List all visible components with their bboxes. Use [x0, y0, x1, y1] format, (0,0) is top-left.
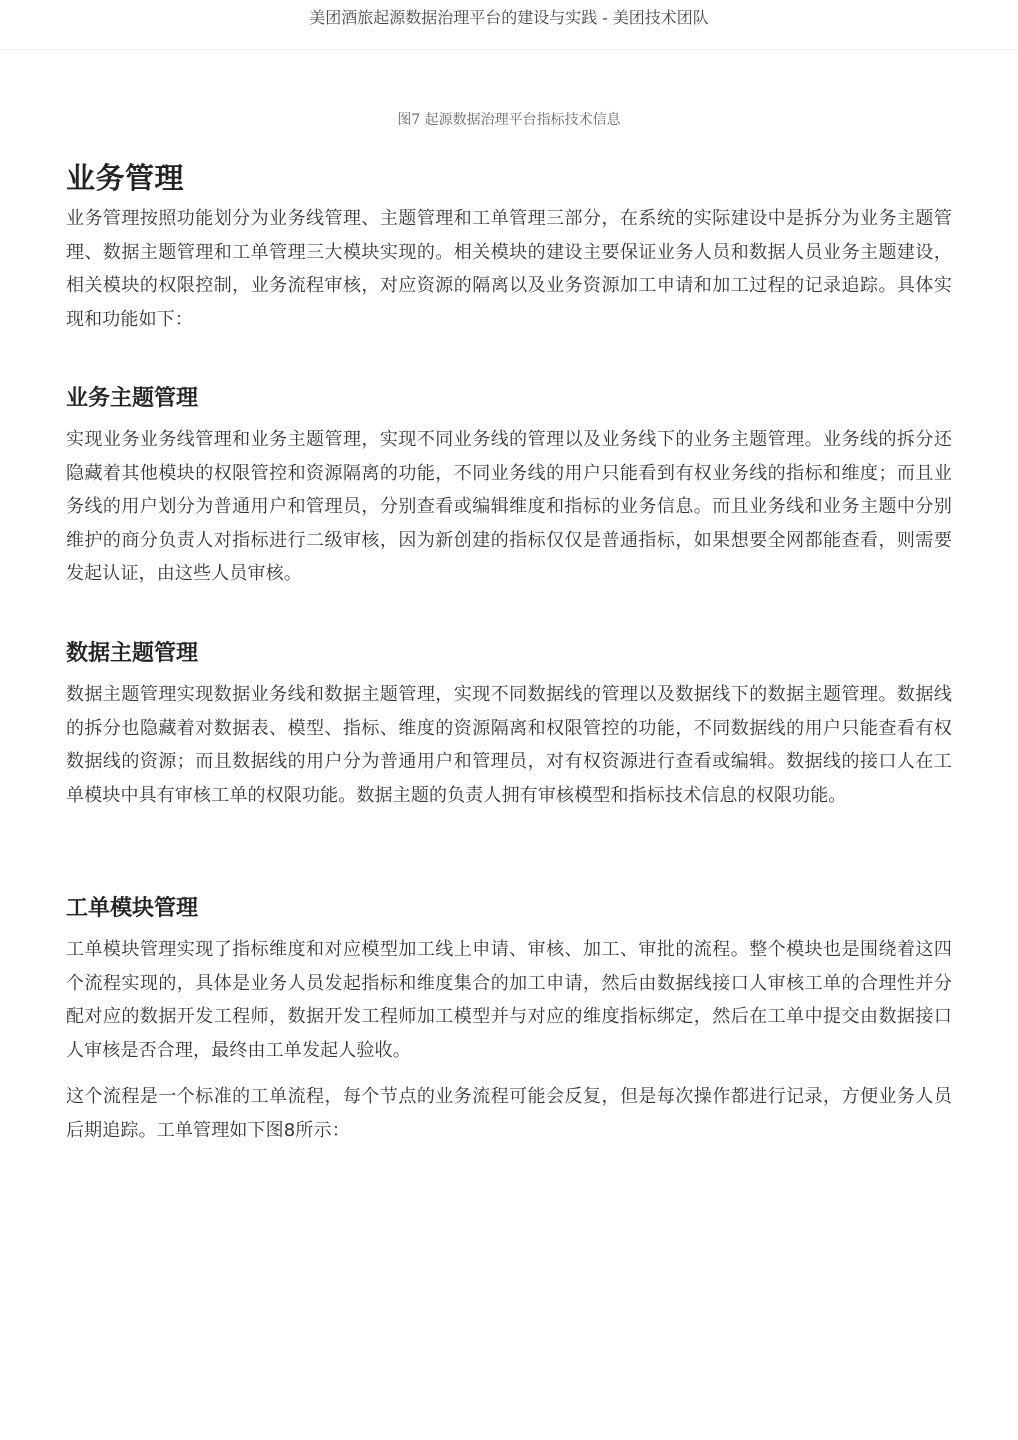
subsection-heading-work-order: 工单模块管理 — [66, 891, 198, 927]
intro-paragraph: 业务管理按照功能划分为业务线管理、主题管理和工单管理三部分，在系统的实际建设中是… — [66, 202, 952, 336]
figure-caption: 图7 起源数据治理平台指标技术信息 — [0, 108, 1018, 132]
page-header: 美团酒旅起源数据治理平台的建设与实践 - 美团技术团队 — [0, 0, 1018, 50]
business-topic-paragraph: 实现业务业务线管理和业务主题管理，实现不同业务线的管理以及业务线下的业务主题管理… — [66, 423, 952, 591]
subsection-heading-business-topic: 业务主题管理 — [66, 381, 198, 417]
subsection-heading-data-topic: 数据主题管理 — [66, 636, 198, 672]
section-heading-business-management: 业务管理 — [66, 154, 184, 202]
work-order-paragraph-1: 工单模块管理实现了指标维度和对应模型加工线上申请、审核、加工、审批的流程。整个模… — [66, 933, 952, 1067]
page-title: 美团酒旅起源数据治理平台的建设与实践 - 美团技术团队 — [309, 8, 709, 27]
work-order-paragraph-2: 这个流程是一个标准的工单流程，每个节点的业务流程可能会反复，但是每次操作都进行记… — [66, 1080, 952, 1147]
data-topic-paragraph: 数据主题管理实现数据业务线和数据主题管理，实现不同数据线的管理以及数据线下的数据… — [66, 678, 952, 812]
